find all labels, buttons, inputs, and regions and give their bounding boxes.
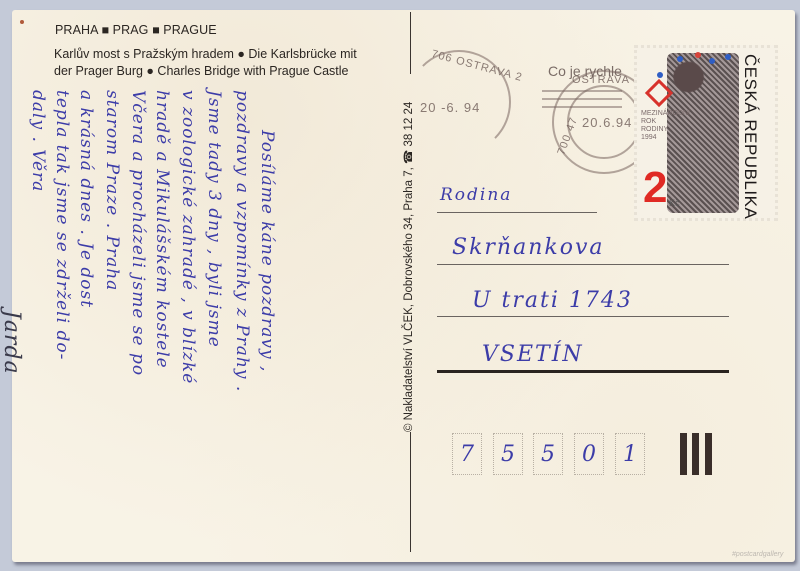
address-rule: [437, 212, 597, 213]
message-line: starom Praze . Praha: [102, 90, 122, 291]
message-line: hradě a Mikulášském kostele: [152, 90, 172, 369]
address-line-street-name: Skrňankova: [452, 235, 605, 260]
address-line-city: VSETÍN: [482, 342, 584, 367]
stamp-value: 2: [643, 163, 667, 213]
address-rule: [437, 264, 729, 265]
stamp-illustration: [667, 53, 739, 213]
message-line: pozdravy a vzpomínky z Prahy .: [232, 90, 252, 392]
postcode-digit: 5: [533, 433, 563, 475]
postcode-bar: [692, 433, 699, 475]
flower-icon: [695, 52, 701, 58]
postcode-digit: 1: [615, 433, 645, 475]
postmark-right-ring-text: OSTRAVA 2: [572, 74, 641, 86]
watermark: #postcardgallery: [732, 551, 783, 558]
caption-description: Karlův most s Pražským hradem ● Die Karl…: [54, 46, 404, 80]
flower-icon: [725, 54, 731, 60]
flower-icon: [677, 56, 683, 62]
message-line: Posíláme káne pozdravy ,: [257, 130, 277, 372]
stamp-currency: Kč: [669, 198, 680, 208]
postcard: PRAHA ■ PRAG ■ PRAGUE Karlův most s Praž…: [12, 10, 795, 562]
message-line: v zoologické zahradé , v blízké: [178, 90, 198, 384]
postage-stamp: MEZINÁRODNÍ ROK RODINY 1994 2 Kč ČESKÁ R…: [634, 45, 778, 221]
address-line-street: U trati 1743: [472, 288, 633, 313]
postcode-bar: [680, 433, 687, 475]
address-rule: [437, 316, 729, 317]
postcode-digit: 5: [493, 433, 523, 475]
stamp-country: ČESKÁ REPUBLIKA: [740, 54, 760, 219]
message-line: Včera a procházeli jsme se po: [128, 90, 148, 376]
signature: Jarda: [0, 310, 24, 375]
caption-line: der Prager Burg ● Charles Bridge with Pr…: [54, 63, 404, 80]
message-line: Jsme tady 3 dny , byli jsme: [204, 90, 224, 348]
message-line: a krásná dnes . Je dost: [76, 90, 96, 308]
message-line: daly . Věra: [28, 90, 48, 192]
flower-icon: [709, 58, 715, 64]
postmark-right-date: 20.6.94: [582, 115, 632, 130]
stamp-caption: MEZINÁRODNÍ ROK RODINY 1994: [641, 110, 667, 142]
stain-dot: [20, 20, 24, 24]
caption-line: Karlův most s Pražským hradem ● Die Karl…: [54, 46, 404, 63]
postcode-digit: 0: [574, 433, 604, 475]
address-line-recipient: Rodina: [440, 185, 512, 205]
postcode-bar: [705, 433, 712, 475]
message-line: tepla tak jsme se zdrželi do-: [52, 90, 72, 360]
postcode-digit: 7: [452, 433, 482, 475]
divider-top: [410, 12, 411, 74]
caption-title: PRAHA ■ PRAG ■ PRAGUE: [55, 23, 217, 37]
divider-bottom: [410, 432, 411, 552]
address-rule-bold: [437, 370, 729, 373]
flower-icon: [657, 72, 663, 78]
publisher-imprint: © Nakladatelství VLČEK, Dobrovského 34, …: [401, 102, 415, 432]
postmark-left-date: 20 -6. 94: [420, 100, 480, 115]
